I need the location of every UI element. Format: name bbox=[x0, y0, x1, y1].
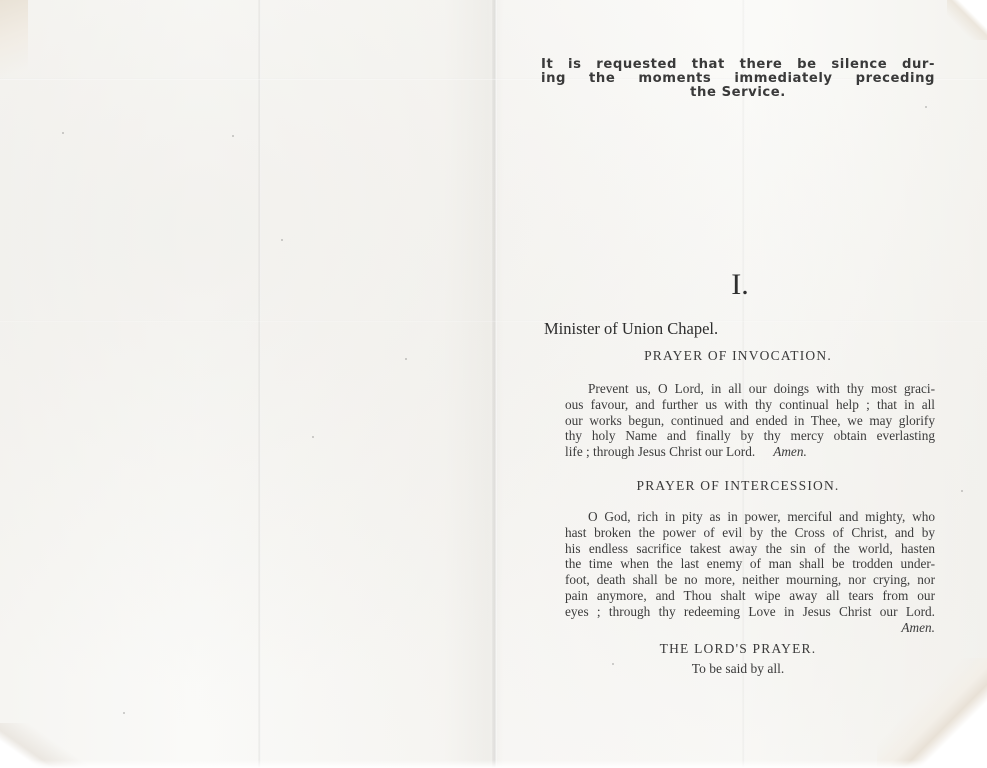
paper-bottom-edge bbox=[0, 760, 987, 768]
lords-prayer-instruction: To be said by all. bbox=[541, 661, 935, 677]
worn-corner-top-left bbox=[0, 0, 28, 90]
prayer-line: hast broken the power of evil by the Cro… bbox=[565, 525, 935, 541]
prayer-line: eyes ; through thy redeeming Love in Jes… bbox=[565, 604, 935, 620]
paper-speck bbox=[312, 436, 314, 438]
horizontal-crease bbox=[0, 320, 987, 322]
notice-line: ing the moments immediately preceding bbox=[541, 72, 935, 86]
paper-speck bbox=[405, 358, 407, 360]
prayer-heading-invocation: PRAYER OF INVOCATION. bbox=[541, 348, 935, 364]
prayer-line: thy holy Name and finally by thy mercy o… bbox=[565, 428, 935, 444]
paper-speck bbox=[925, 106, 927, 108]
prayer-line: our works begun, continued and ended in … bbox=[565, 413, 935, 429]
paper-speck bbox=[232, 135, 234, 137]
paper-speck bbox=[961, 490, 963, 492]
prayer-heading-intercession: PRAYER OF INTERCESSION. bbox=[541, 478, 935, 494]
prayer-line: ous favour, and further us with thy cont… bbox=[565, 397, 935, 413]
paper-speck bbox=[62, 132, 64, 134]
amen-text: Amen. bbox=[565, 620, 935, 636]
center-fold-crease bbox=[492, 0, 497, 768]
amen-text: Amen. bbox=[773, 444, 807, 459]
officiant-label: Minister of Union Chapel. bbox=[544, 319, 718, 339]
prayer-line: life ; through Jesus Christ our Lord. bbox=[565, 444, 755, 459]
prayer-line-last: life ; through Jesus Christ our Lord.Ame… bbox=[565, 444, 935, 460]
torn-corner-top-right bbox=[947, 0, 987, 40]
prayer-line: Prevent us, O Lord, in all our doings wi… bbox=[565, 381, 935, 397]
prayer-line: the time when the last enemy of man shal… bbox=[565, 556, 935, 572]
prayer-heading-lords-prayer: THE LORD'S PRAYER. bbox=[541, 641, 935, 657]
prayer-line: his endless sacrifice takest away the si… bbox=[565, 541, 935, 557]
notice-line: the Service. bbox=[541, 86, 935, 100]
paper-speck bbox=[123, 712, 125, 714]
paper-speck bbox=[612, 663, 614, 665]
prayer-text-intercession: O God, rich in pity as in power, mercifu… bbox=[565, 509, 935, 635]
prayer-text-invocation: Prevent us, O Lord, in all our doings wi… bbox=[565, 381, 935, 460]
silence-notice: It is requested that there be silence du… bbox=[541, 58, 935, 100]
prayer-line: pain anymore, and Thou shalt wipe away a… bbox=[565, 588, 935, 604]
prayer-line: O God, rich in pity as in power, mercifu… bbox=[565, 509, 935, 525]
paper-speck bbox=[281, 239, 283, 241]
scanned-order-of-service-sheet: ​ ​ It is requested that there be silenc… bbox=[0, 0, 987, 768]
section-number: I. bbox=[700, 268, 780, 302]
notice-line: It is requested that there be silence du… bbox=[541, 58, 935, 72]
prayer-line: foot, death shall be no more, neither mo… bbox=[565, 572, 935, 588]
left-fold-crease bbox=[258, 0, 261, 768]
